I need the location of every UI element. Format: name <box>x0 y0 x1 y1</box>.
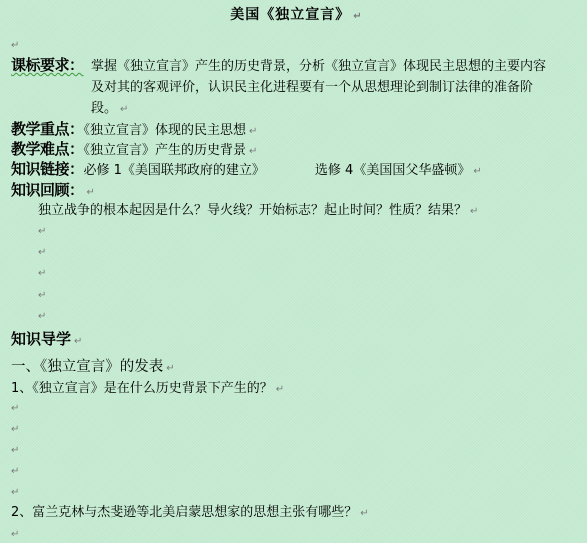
question-2-text: 2、富兰克林与杰斐逊等北美启蒙思想家的思想主张有哪些？ <box>11 505 357 520</box>
paragraph-mark-icon: ↵ <box>249 126 257 137</box>
teaching-focus-row: 教学重点：《独立宣言》体现的民主思想↵ <box>11 121 257 140</box>
knowledge-review-label: 知识回顾： <box>11 181 84 199</box>
teaching-focus-label: 教学重点： <box>11 120 84 138</box>
course-requirement-label: 课标要求： <box>11 57 84 75</box>
paragraph-mark-icon: ↵ <box>38 311 46 323</box>
knowledge-review-row: 知识回顾：↵ <box>11 182 95 201</box>
paragraph-mark-icon: ↵ <box>11 529 19 541</box>
course-requirement-line-3-text: 段。 <box>91 101 117 116</box>
knowledge-review-question: 独立战争的根本起因是什么？导火线？开始标志？起止时间？性质？结果？↵ <box>38 203 478 220</box>
paragraph-mark-icon: ↵ <box>11 487 19 499</box>
paragraph-mark-icon: ↵ <box>74 336 82 347</box>
paragraph-mark-icon: ↵ <box>120 104 128 115</box>
teaching-difficulty-label: 教学难点： <box>11 140 84 158</box>
question-2: 2、富兰克林与杰斐逊等北美启蒙思想家的思想主张有哪些？↵ <box>11 505 369 522</box>
knowledge-links-row: 知识链接：必修 1《美国联邦政府的建立》选修 4《美国国父华盛顿》↵ <box>11 161 482 180</box>
section-1-heading: 一、《独立宣言》的发表↵ <box>11 359 175 377</box>
teaching-difficulty-text: 《独立宣言》产生的历史背景 <box>84 143 247 158</box>
course-requirement-line-2: 及对其的客观评价，认识民主化进程要有一个从思想理论到制订法律的准备阶 <box>91 77 583 98</box>
knowledge-guide-heading-text: 知识导学 <box>11 330 71 348</box>
paragraph-mark-icon: ↵ <box>38 290 46 302</box>
paragraph-mark-icon: ↵ <box>11 424 19 436</box>
paragraph-mark-icon: ↵ <box>276 384 284 395</box>
paragraph-mark-icon: ↵ <box>470 206 478 217</box>
knowledge-guide-heading: 知识导学↵ <box>11 331 82 350</box>
paragraph-mark-icon: ↵ <box>249 146 257 157</box>
paragraph-mark-icon: ↵ <box>166 363 174 374</box>
course-requirement-line-3: 段。↵ <box>91 98 583 120</box>
knowledge-link-1: 必修 1《美国联邦政府的建立》 <box>84 163 265 178</box>
paragraph-mark-icon: ↵ <box>87 187 95 198</box>
paragraph-mark-icon: ↵ <box>38 268 46 280</box>
section-1-text: 一、《独立宣言》的发表 <box>11 359 163 375</box>
document-title: 美国《独立宣言》↵ <box>0 6 587 26</box>
course-requirement-text: 掌握《独立宣言》产生的历史背景，分析《独立宣言》体现民主思想的主要内容 及对其的… <box>91 56 583 120</box>
question-1: 1、《独立宣言》是在什么历史背景下产生的？↵ <box>11 381 284 398</box>
paragraph-mark-icon: ↵ <box>38 247 46 259</box>
paragraph-mark-icon: ↵ <box>473 166 481 177</box>
teaching-focus-text: 《独立宣言》体现的民主思想 <box>84 123 247 138</box>
paragraph-mark-icon: ↵ <box>11 40 19 52</box>
course-requirement-label-text: 课标要求： <box>11 56 84 74</box>
knowledge-link-2: 选修 4《美国国父华盛顿》 <box>315 163 470 178</box>
paragraph-mark-icon: ↵ <box>11 403 19 415</box>
paragraph-mark-icon: ↵ <box>11 466 19 478</box>
paragraph-mark-icon: ↵ <box>360 508 368 519</box>
knowledge-review-question-text: 独立战争的根本起因是什么？导火线？开始标志？起止时间？性质？结果？ <box>38 203 467 218</box>
teaching-difficulty-row: 教学难点：《独立宣言》产生的历史背景↵ <box>11 141 257 160</box>
knowledge-links-label: 知识链接： <box>11 160 84 178</box>
paragraph-mark-icon: ↵ <box>11 445 19 457</box>
paragraph-mark-icon: ↵ <box>38 226 46 238</box>
paragraph-mark-icon: ↵ <box>353 11 362 22</box>
title-text: 美国《独立宣言》 <box>230 7 350 23</box>
course-requirement-line-1: 掌握《独立宣言》产生的历史背景，分析《独立宣言》体现民主思想的主要内容 <box>91 56 583 77</box>
question-1-text: 1、《独立宣言》是在什么历史背景下产生的？ <box>11 381 273 396</box>
